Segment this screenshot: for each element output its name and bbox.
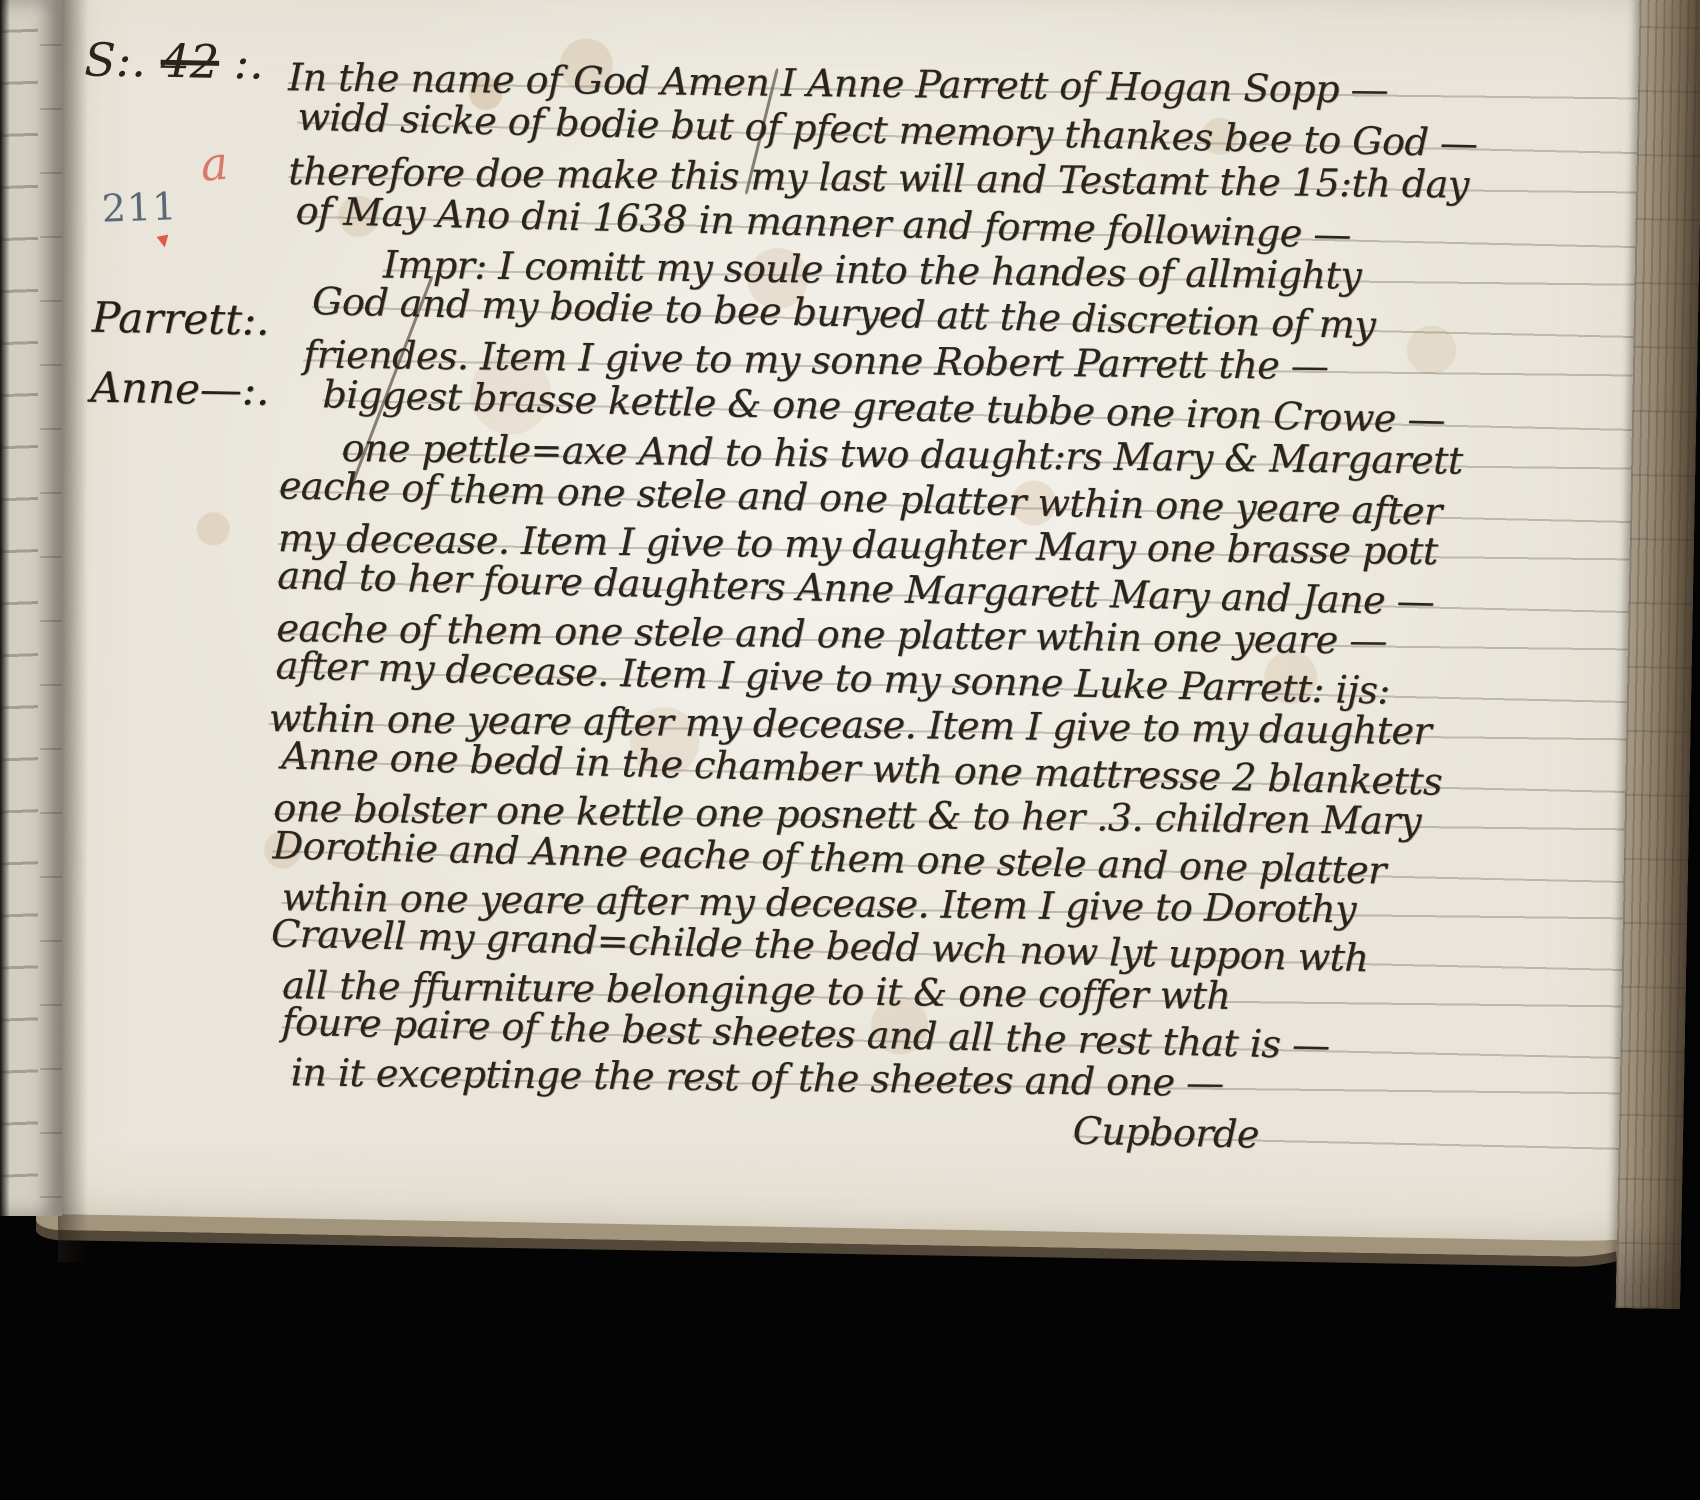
manuscript-page: S:. 42 :. a 211 ▾ Parrett:. Anne—:. In t… [36, 0, 1660, 1258]
red-check-mark: ▾ [155, 225, 172, 255]
folio-heading: S:. 42 :. [84, 32, 264, 89]
margin-testator-name: Parrett:. Anne—:. [90, 283, 271, 426]
margin-forename: Anne—:. [90, 353, 270, 426]
margin-surname: Parrett:. [91, 283, 271, 356]
folio-punctuation: :. [233, 35, 264, 90]
page-number: 211 [101, 184, 178, 231]
section-mark: S:. [84, 32, 147, 87]
spine-shadow [0, 0, 10, 1216]
rubric-letter: a [198, 136, 230, 192]
manuscript-line: Cupborde [1072, 1108, 1623, 1168]
manuscript-photo: S:. 42 :. a 211 ▾ Parrett:. Anne—:. In t… [0, 0, 1700, 1500]
struck-folio-number: 42 [160, 34, 219, 89]
